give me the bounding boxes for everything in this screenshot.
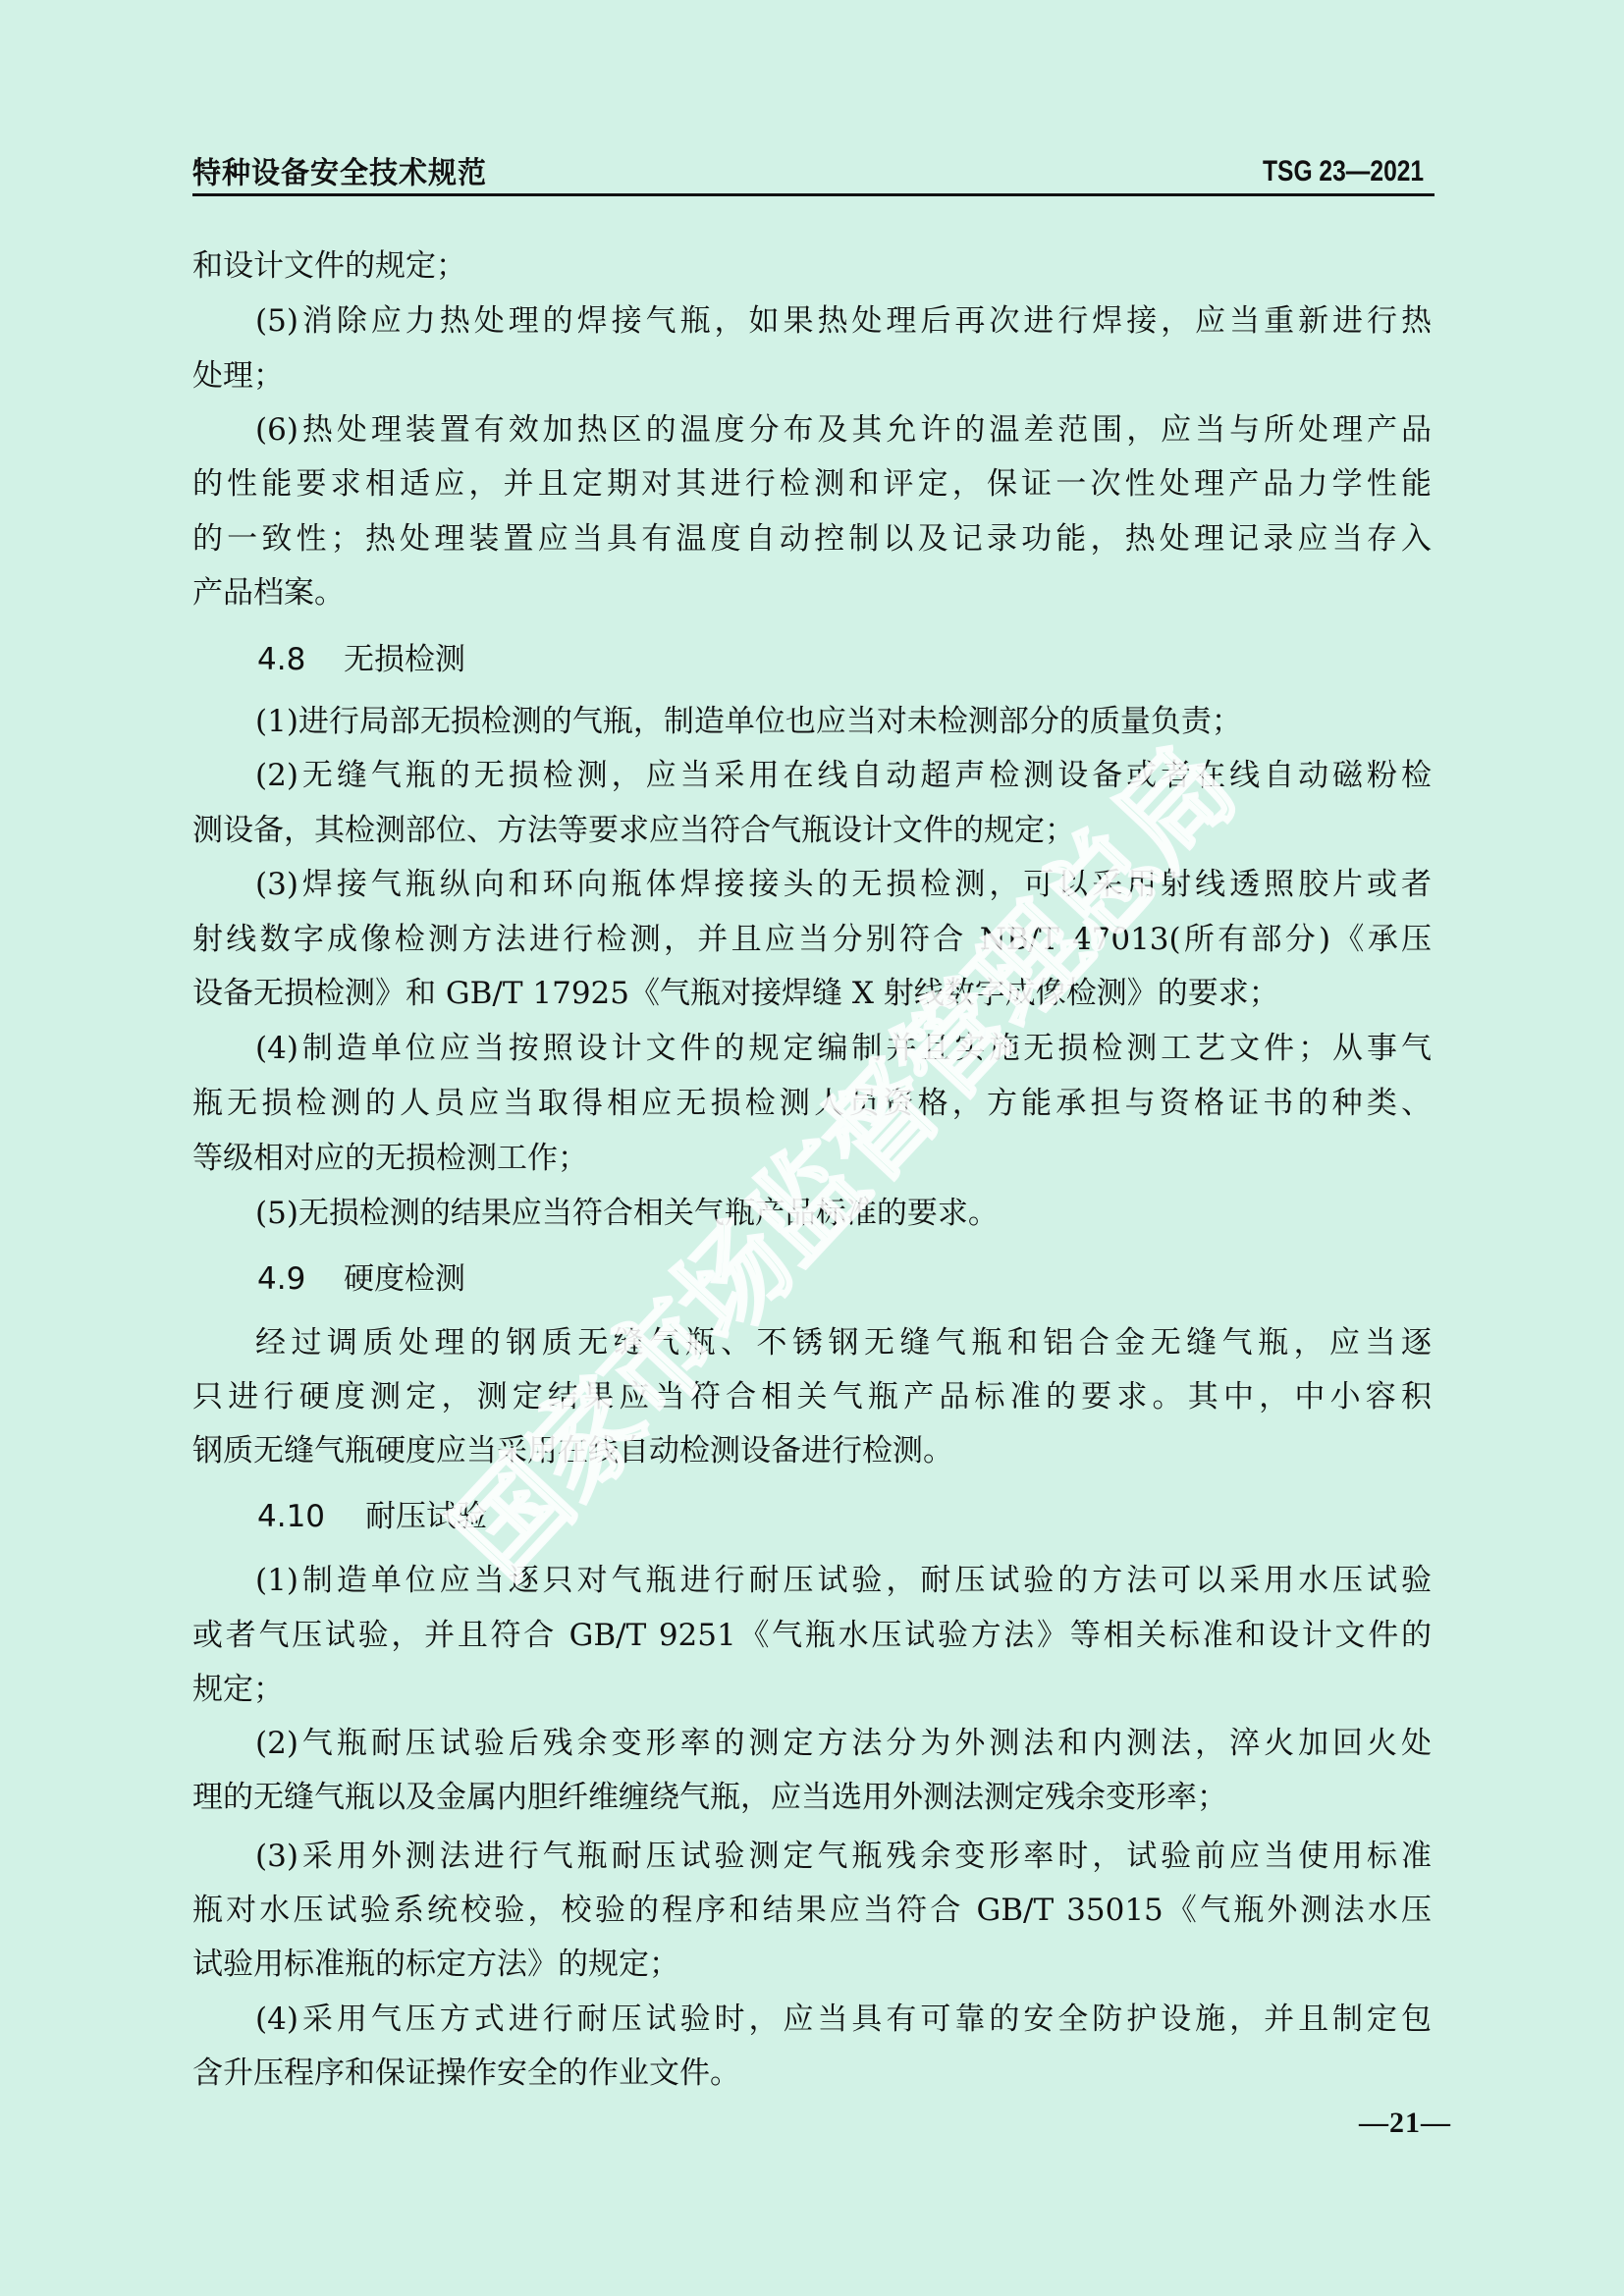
paragraph-line: 理的无缝气瓶以及金属内胆纤维缠绕气瓶，应当选用外测法测定残余变形率；	[192, 1778, 1432, 1817]
section-number: 4.9	[257, 1259, 344, 1299]
paragraph-first-line: (5)无损检测的结果应当符合相关气瓶产品标准的要求。	[192, 1194, 1432, 1233]
paragraph-first-line: (2)无缝气瓶的无损检测，应当采用在线自动超声检测设备或者在线自动磁粉检	[192, 756, 1432, 795]
paragraph-line: 只进行硬度测定，测定结果应当符合相关气瓶产品标准的要求。其中，中小容积	[192, 1377, 1432, 1416]
paragraph-line: 射线数字成像检测方法进行检测，并且应当分别符合 NB/T 47013(所有部分)…	[192, 920, 1432, 959]
paragraph-line: 含升压程序和保证操作安全的作业文件。	[192, 2054, 1432, 2093]
paragraph-first-line: (5)消除应力热处理的焊接气瓶，如果热处理后再次进行焊接，应当重新进行热	[192, 301, 1432, 341]
paragraph-first-line: (2)气瓶耐压试验后残余变形率的测定方法分为外测法和内测法，淬火加回火处	[192, 1724, 1432, 1763]
paragraph-first-line: (4)制造单位应当按照设计文件的规定编制并且实施无损检测工艺文件；从事气	[192, 1029, 1432, 1068]
paragraph-line: 的性能要求相适应，并且定期对其进行检测和评定，保证一次性处理产品力学性能	[192, 464, 1432, 504]
paragraph-first-line: (3)采用外测法进行气瓶耐压试验测定气瓶残余变形率时，试验前应当使用标准	[192, 1837, 1432, 1876]
paragraph-first-line: (1)进行局部无损检测的气瓶，制造单位也应当对未检测部分的质量负责；	[192, 702, 1432, 741]
header-rule	[192, 193, 1435, 196]
section-title: 耐压试验	[365, 1499, 487, 1534]
paragraph-first-line: (3)焊接气瓶纵向和环向瓶体焊接接头的无损检测，可以采用射线透照胶片或者	[192, 865, 1432, 904]
header-code: TSG 23—2021	[1263, 155, 1424, 188]
paragraph-first-line: (1)制造单位应当逐只对气瓶进行耐压试验，耐压试验的方法可以采用水压试验	[192, 1561, 1432, 1600]
paragraph-line: 瓶对水压试验系统校验，校验的程序和结果应当符合 GB/T 35015《气瓶外测法…	[192, 1891, 1432, 1930]
page-number: —21—	[1359, 2106, 1451, 2141]
paragraph-first-line: (4)采用气压方式进行耐压试验时，应当具有可靠的安全防护设施，并且制定包	[192, 2000, 1432, 2039]
paragraph-line: 测设备，其检测部位、方法等要求应当符合气瓶设计文件的规定；	[192, 811, 1432, 850]
section-heading: 4.8无损检测	[192, 640, 1432, 679]
paragraph-line: 钢质无缝气瓶硬度应当采用在线自动检测设备进行检测。	[192, 1431, 1432, 1470]
paragraph-line: 试验用标准瓶的标定方法》的规定；	[192, 1945, 1432, 1984]
section-title: 硬度检测	[344, 1261, 465, 1297]
paragraph-first-line: 经过调质处理的钢质无缝气瓶、不锈钢无缝气瓶和铝合金无缝气瓶，应当逐	[192, 1323, 1432, 1362]
paragraph-line: 设备无损检测》和 GB/T 17925《气瓶对接焊缝 X 射线数字成像检测》的要…	[192, 974, 1432, 1013]
paragraph-line: 规定；	[192, 1670, 1432, 1709]
paragraph-line: 的一致性；热处理装置应当具有温度自动控制以及记录功能，热处理记录应当存入	[192, 519, 1432, 559]
paragraph-line: 或者气压试验，并且符合 GB/T 9251《气瓶水压试验方法》等相关标准和设计文…	[192, 1616, 1432, 1655]
header-title: 特种设备安全技术规范	[192, 155, 487, 190]
paragraph-line: 和设计文件的规定；	[192, 246, 1432, 286]
section-title: 无损检测	[344, 642, 465, 677]
section-number: 4.8	[257, 640, 344, 679]
section-heading: 4.9硬度检测	[192, 1259, 1432, 1299]
paragraph-line: 瓶无损检测的人员应当取得相应无损检测人员资格，方能承担与资格证书的种类、	[192, 1084, 1432, 1123]
paragraph-first-line: (6)热处理装置有效加热区的温度分布及其允许的温差范围，应当与所处理产品	[192, 410, 1432, 450]
section-number: 4.10	[257, 1497, 365, 1536]
section-heading: 4.10耐压试验	[192, 1497, 1432, 1536]
paragraph-line: 产品档案。	[192, 573, 1432, 613]
paragraph-line: 处理；	[192, 356, 1432, 396]
paragraph-line: 等级相对应的无损检测工作；	[192, 1139, 1432, 1178]
document-page: 特种设备安全技术规范 TSG 23—2021 和设计文件的规定；(5)消除应力热…	[0, 0, 1624, 2296]
